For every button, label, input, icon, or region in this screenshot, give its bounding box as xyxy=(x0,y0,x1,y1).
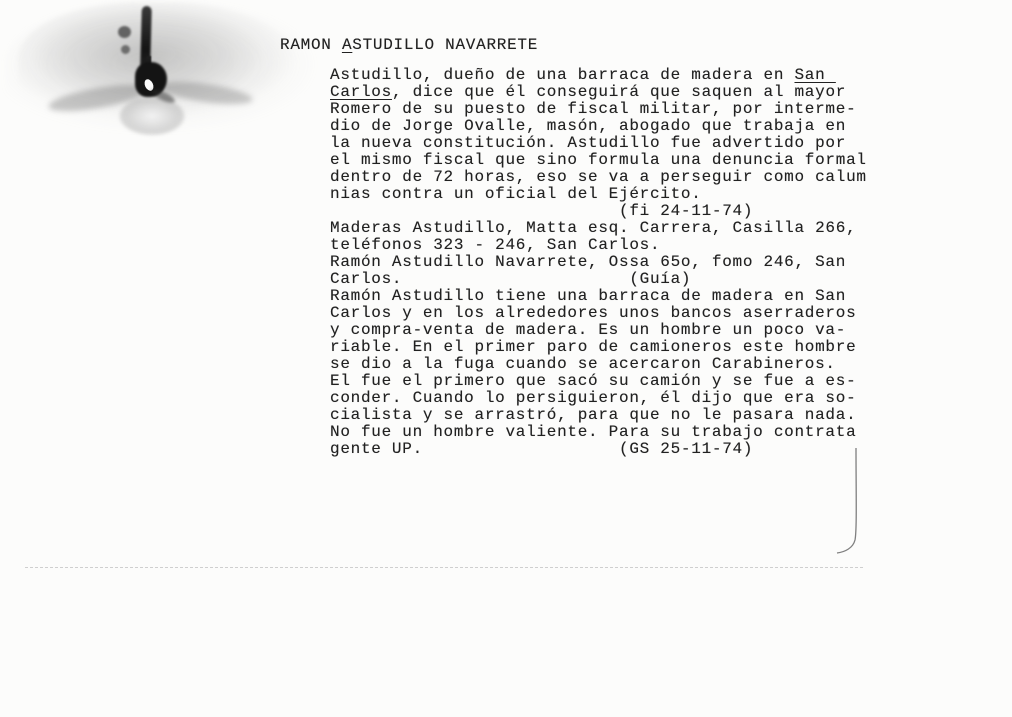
text-line: y compra-venta de madera. Es un hombre u… xyxy=(330,322,867,339)
title-text: RAMON xyxy=(280,36,342,54)
stain-spur xyxy=(150,87,177,105)
text-line: (fi 24-11-74) xyxy=(330,203,867,220)
text-line: Romero de su puesto de fiscal militar, p… xyxy=(330,101,867,118)
text-line: teléfonos 323 - 246, San Carlos. xyxy=(330,237,867,254)
text-line: Ramón Astudillo Navarrete, Ossa 65o, fom… xyxy=(330,254,867,271)
stain-lower-blot xyxy=(118,96,186,136)
text-line: la nueva constitución. Astudillo fue adv… xyxy=(330,135,867,152)
text-line: Carlos y en los alrededores unos bancos … xyxy=(330,305,867,322)
text-line: dio de Jorge Ovalle, masón, abogado que … xyxy=(330,118,867,135)
text-line: riable. En el primer paro de camioneros … xyxy=(330,339,867,356)
stain-smear-right xyxy=(157,77,254,108)
scanned-document-page: RAMON ASTUDILLO NAVARRETE Astudillo, due… xyxy=(0,0,1012,717)
text-line: Carlos. (Guía) xyxy=(330,271,867,288)
text-line: Ramón Astudillo tiene una barraca de mad… xyxy=(330,288,867,305)
text-line: gente UP. (GS 25-11-74) xyxy=(330,441,867,458)
text-line: dentro de 72 horas, eso se va a persegui… xyxy=(330,169,867,186)
text-line: se dio a la fuga cuando se acercaron Car… xyxy=(330,356,867,373)
dashed-divider xyxy=(25,567,863,568)
pen-mark-bracket xyxy=(828,442,868,560)
underlined-text: Carlos xyxy=(330,83,392,101)
text-line: conder. Cuando lo persiguieron, él dijo … xyxy=(330,390,867,407)
text-line: nias contra un oficial del Ejército. xyxy=(330,186,867,203)
text-segment: , dice que él conseguirá que saquen al m… xyxy=(392,83,846,101)
text-segment: Astudillo, dueño de una barraca de mader… xyxy=(330,66,794,84)
text-line: El fue el primero que sacó su camión y s… xyxy=(330,373,867,390)
text-line: Carlos, dice que él conseguirá que saque… xyxy=(330,84,867,101)
text-body: Astudillo, dueño de una barraca de mader… xyxy=(330,67,867,458)
text-line: No fue un hombre valiente. Para su traba… xyxy=(330,424,867,441)
stain-dot xyxy=(121,45,130,54)
text-line: cialista y se arrastró, para que no le p… xyxy=(330,407,867,424)
title-underlined-letter: A xyxy=(342,36,352,54)
stain-halo xyxy=(5,0,315,142)
text-line: Maderas Astudillo, Matta esq. Carrera, C… xyxy=(330,220,867,237)
stain-smear-left xyxy=(47,79,149,116)
text-line: el mismo fiscal que sino formula una den… xyxy=(330,152,867,169)
ink-stain xyxy=(0,0,320,150)
underlined-text: San xyxy=(794,66,835,84)
title-text: STUDILLO NAVARRETE xyxy=(352,36,538,54)
stain-white-notch xyxy=(143,78,155,92)
text-line: Astudillo, dueño de una barraca de mader… xyxy=(330,67,867,84)
document-title: RAMON ASTUDILLO NAVARRETE xyxy=(280,37,538,54)
stain-vertical-streak-thin xyxy=(146,56,151,86)
stain-dark-blob xyxy=(135,62,167,97)
stain-vertical-streak xyxy=(140,6,152,68)
stain-dot xyxy=(118,26,131,38)
stain-cloud xyxy=(18,2,298,132)
